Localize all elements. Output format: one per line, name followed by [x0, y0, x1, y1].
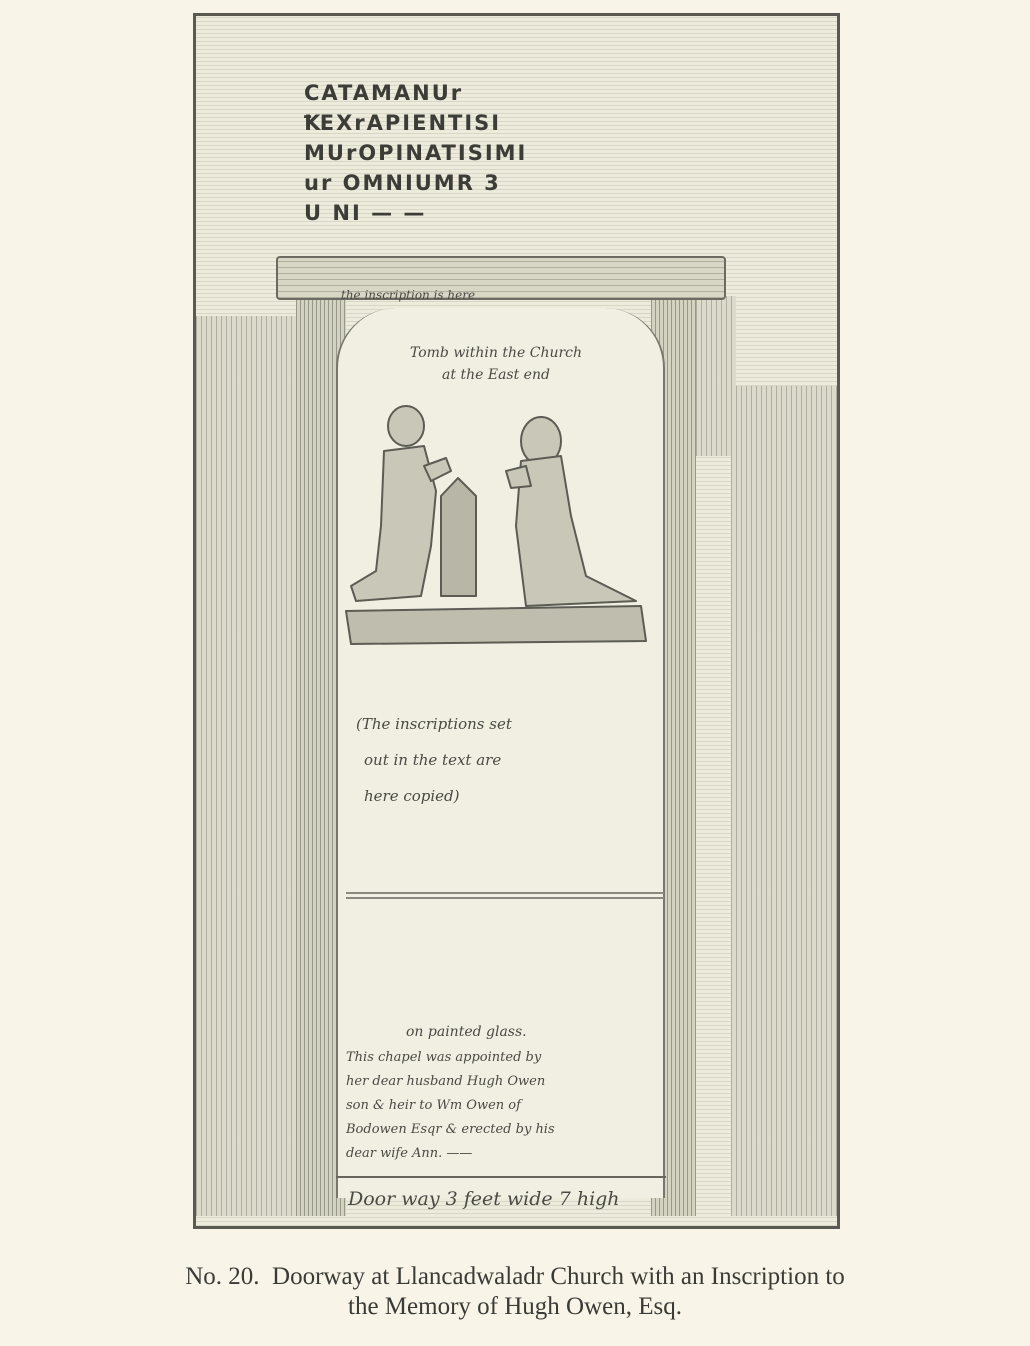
inscription-line: ur OMNIUMR 3 [304, 168, 527, 198]
glass-line: Bodowen Esqr & erected by his [346, 1118, 666, 1142]
illustration-plate: CATAMANUr ꝀEXrAPIENTISI MUrOPINATISIMI u… [193, 13, 840, 1229]
copied-note-line: here copied) [356, 778, 656, 814]
inscription-line: U NI — — [304, 198, 527, 228]
tomb-note-line: Tomb within the Church [346, 342, 646, 364]
figure-number: No. 20. [185, 1263, 259, 1290]
inscription-line: ꝀEXrAPIENTISI [304, 108, 527, 138]
divider-line [346, 892, 664, 894]
copied-note-line: (The inscriptions set [356, 706, 656, 742]
caption-line-2: the Memory of Hugh Owen, Esq. [0, 1292, 1030, 1322]
glass-inscription: This chapel was appointed by her dear hu… [346, 1046, 666, 1166]
glass-line: This chapel was appointed by [346, 1046, 666, 1070]
caption-line-1: No. 20. Doorway at Llancadwaladr Church … [0, 1262, 1030, 1292]
inscription-line: CATAMANUr [304, 78, 527, 108]
kneeling-figures-sketch [336, 396, 656, 646]
lintel-note: the inscription is here [341, 288, 475, 302]
figure-caption: No. 20. Doorway at Llancadwaladr Church … [0, 1262, 1030, 1322]
latin-inscription: CATAMANUr ꝀEXrAPIENTISI MUrOPINATISIMI u… [304, 78, 527, 228]
glass-title: on painted glass. [406, 1024, 527, 1040]
copied-note-line: out in the text are [356, 742, 656, 778]
right-wall [731, 386, 840, 1216]
glass-line: her dear husband Hugh Owen [346, 1070, 666, 1094]
doorway-dimensions-note: Door way 3 feet wide 7 high [348, 1188, 620, 1210]
caption-title: Doorway at Llancadwaladr Church with an … [272, 1263, 845, 1290]
inscription-line: MUrOPINATISIMI [304, 138, 527, 168]
tomb-note-line: at the East end [346, 364, 646, 386]
glass-line: son & heir to Wm Owen of [346, 1094, 666, 1118]
divider-line [346, 897, 664, 899]
glass-line: dear wife Ann. —— [346, 1142, 666, 1166]
tomb-note: Tomb within the Church at the East end [346, 342, 646, 386]
left-wall [196, 316, 306, 1216]
copied-note: (The inscriptions set out in the text ar… [356, 706, 656, 814]
threshold-line [336, 1176, 666, 1178]
